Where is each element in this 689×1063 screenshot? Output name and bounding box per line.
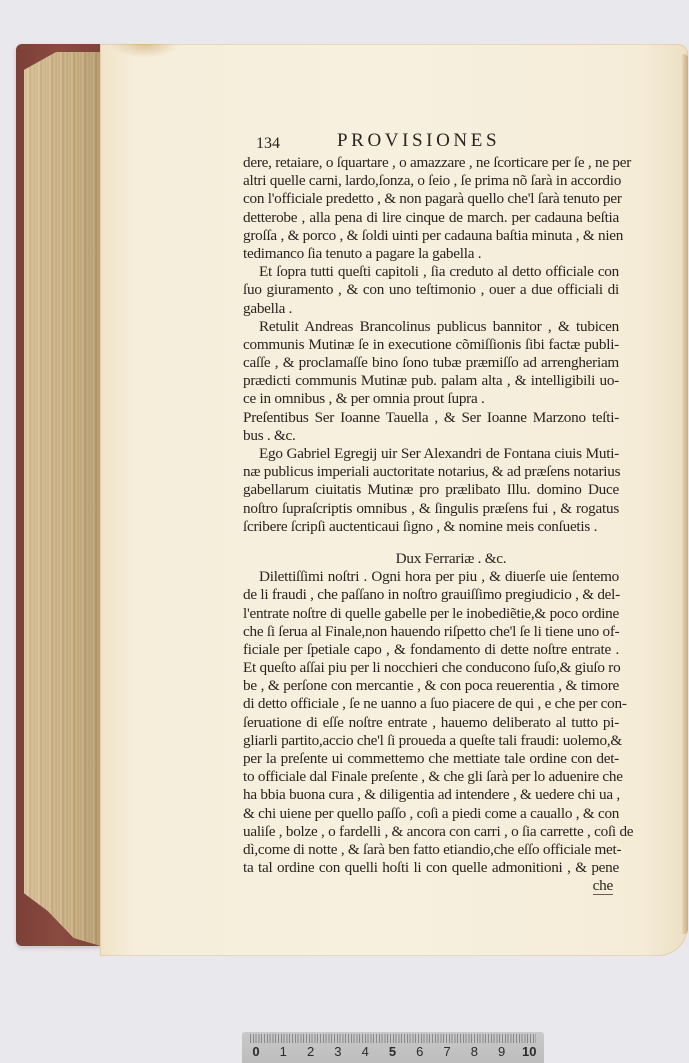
text-line: caſſe , & proclamaſſe bino ſono tubæ præ… — [243, 354, 619, 372]
text-line: detterobe , alla pena di lire cinque de … — [243, 209, 619, 227]
text-line: gabella . — [243, 300, 619, 318]
page-block-edges — [24, 52, 104, 947]
book-photo-scene: 134 PROVISIONES dere, retaiare, o ſquart… — [0, 0, 689, 1063]
text-line: ce in omnibus , & per omnia prout ſupra … — [243, 390, 619, 408]
ruler-label: 8 — [467, 1044, 481, 1059]
page-number: 134 — [256, 135, 280, 153]
text-line: di detto officiale , ſe ne uanno a ſuo p… — [243, 695, 619, 713]
spacer — [243, 536, 619, 550]
scale-ruler: 0 1 2 3 4 5 6 7 8 9 10 — [242, 1032, 544, 1063]
running-title: PROVISIONES — [337, 130, 500, 152]
text-line: gabellarum ciuitatis Mutinæ pro prælibat… — [243, 481, 619, 499]
ruler-label: 2 — [304, 1044, 318, 1059]
text-line: per la preſente ui commettemo che mettia… — [243, 750, 619, 768]
ruler-label: 7 — [440, 1044, 454, 1059]
text-line: næ publicus imperiali auctoritate notari… — [243, 463, 619, 481]
text-line: ta tal ordine con quelli hoſti li con qu… — [243, 859, 619, 877]
paragraph-start-line: Ego Gabriel Egregij uir Ser Alexandri de… — [243, 445, 619, 463]
catchword-line: che — [243, 877, 619, 895]
page-fore-edge — [682, 54, 688, 934]
page-text-block: 134 PROVISIONES dere, retaiare, o ſquart… — [243, 128, 619, 896]
paragraph-start-line: Retulit Andreas Brancolinus publicus ban… — [243, 318, 619, 336]
text-line: be , & perſone con mercantie , & con poc… — [243, 677, 619, 695]
ruler-ticks — [250, 1034, 536, 1043]
text-line: ualiſe , bolze , o fardelli , & ancora c… — [243, 823, 619, 841]
text-line: bus . &c. — [243, 427, 619, 445]
text-line: l'entrate noſtre di quelle gabelle per l… — [243, 605, 619, 623]
text-line: to officiale dal Finale preſente , & che… — [243, 768, 619, 786]
text-line: de li fraudi , che paſſano in noſtro gra… — [243, 586, 619, 604]
text-line: ficiale per ſpetiale capo , & fondamento… — [243, 641, 619, 659]
ruler-label: 9 — [495, 1044, 509, 1059]
text-line: noſtro ſupraſcriptis omnibus , & ſinguli… — [243, 500, 619, 518]
text-line: ha bbia buona cura , & diligentia ad int… — [243, 786, 619, 804]
text-line: dere, retaiare, o ſquartare , o amazzare… — [243, 154, 619, 172]
text-line: altri quelle carni, lardo,ſonza, o ſeio … — [243, 172, 619, 190]
text-line: ſeruatione di eſſe noſtre entrate , haue… — [243, 714, 619, 732]
text-line: tedimanco ſia tenuto a pagare la gabella… — [243, 245, 619, 263]
text-line: ſuo giuramento , & con uno teſtimonio , … — [243, 281, 619, 299]
running-head: 134 PROVISIONES — [243, 128, 619, 154]
ruler-label: 1 — [276, 1044, 290, 1059]
ruler-label: 4 — [358, 1044, 372, 1059]
ruler-label: 6 — [413, 1044, 427, 1059]
text-line: con l'officiale predetto , & non pagarà … — [243, 190, 619, 208]
ruler-label: 10 — [522, 1044, 536, 1059]
ruler-label: 3 — [331, 1044, 345, 1059]
text-line: groſſa , & porco , & ſoldi uinti per cad… — [243, 227, 619, 245]
text-line: dì,come di notte , & ſarà ben fatto etia… — [243, 841, 619, 859]
text-line: communis Mutinæ ſe in executione cõmiſſi… — [243, 336, 619, 354]
text-line: Preſentibus Ser Ioanne Tauella , & Ser I… — [243, 409, 619, 427]
text-line: che ſi ſerua al Finale,non hauendo riſpe… — [243, 623, 619, 641]
catchword: che — [593, 878, 613, 895]
ruler-label: 0 — [249, 1044, 263, 1059]
text-line: prædicti communis Mutinæ pub. palam alta… — [243, 372, 619, 390]
ruler-label: 5 — [385, 1044, 399, 1059]
section-heading: Dux Ferrariæ . &c. — [243, 550, 619, 568]
paragraph-start-line: Dilettiſſimi noſtri . Ogni hora per piu … — [243, 568, 619, 586]
text-line: gliarli partito,accio che'l ſi proueda a… — [243, 732, 619, 750]
text-line: ſcribere ſcripſi auctenticaui ſigno , & … — [243, 518, 619, 536]
text-line: & chi uiene per quello paſſo , coſi a pi… — [243, 805, 619, 823]
ruler-labels: 0 1 2 3 4 5 6 7 8 9 10 — [242, 1044, 544, 1059]
paragraph-start-line: Et ſopra tutti queſti capitoli , ſia cre… — [243, 263, 619, 281]
text-line: Et queſto aſſai piu per li nocchieri che… — [243, 659, 619, 677]
